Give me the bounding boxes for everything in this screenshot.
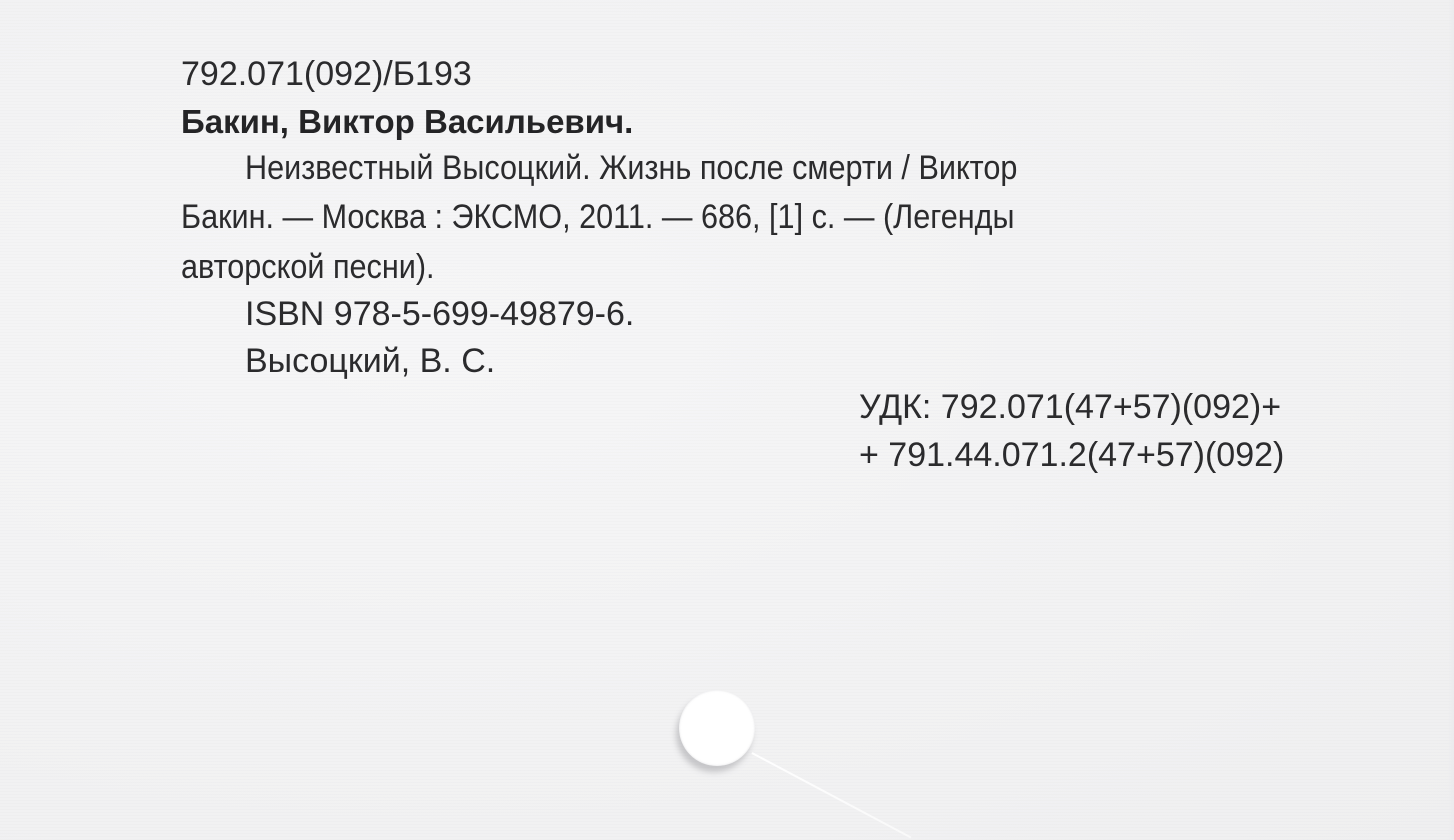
author-heading: Бакин, Виктор Васильевич. — [181, 98, 633, 146]
card-edge — [1448, 0, 1454, 840]
title-description-line-3: авторской песни). — [181, 243, 435, 291]
punch-hole — [679, 690, 755, 766]
title-description-line-2: Бакин. — Москва : ЭКСМО, 2011. — 686, [1… — [181, 193, 1015, 241]
library-catalog-card: 792.071(092)/Б193 Бакин, Виктор Васильев… — [0, 0, 1454, 840]
subject-heading: Высоцкий, В. С. — [245, 337, 495, 385]
udk-classification-line-1: УДК: 792.071(47+57)(092)+ — [859, 383, 1281, 431]
title-description-line-1: Неизвестный Высоцкий. Жизнь после смерти… — [245, 144, 1017, 192]
call-number: 792.071(092)/Б193 — [181, 50, 472, 98]
udk-classification-line-2: + 791.44.071.2(47+57)(092) — [859, 431, 1284, 479]
paper-crease — [752, 752, 912, 838]
isbn: ISBN 978-5-699-49879-6. — [245, 290, 634, 338]
